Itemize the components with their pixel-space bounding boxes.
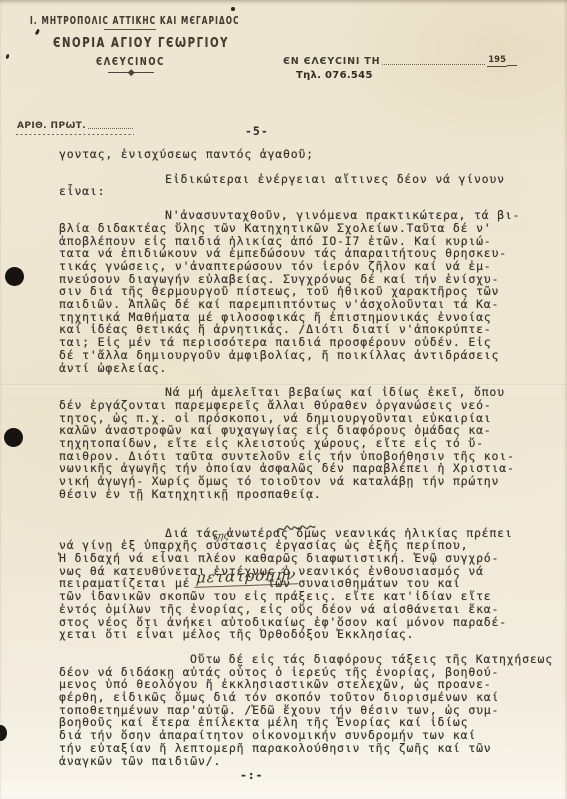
scanned-document-page: Ι. ΜΗΤΡΟΠΟΛΙC ΑΤΤΙΚΗC ΚΑΙ ΜЄΓΑΡΙΔΟC ЄΝΟΡ…: [0, 0, 567, 799]
letterhead-metropolis-title: Ι. ΜΗΤΡΟΠΟΛΙC ΑΤΤΙΚΗC ΚΑΙ ΜЄΓΑΡΙΔΟC: [30, 15, 240, 27]
protocol-number-line: ΑΡΙΘ. ΠΡѠΤ.: [17, 120, 135, 131]
letterhead-city: ЄΛЄΥCΙΝΟC: [96, 56, 165, 68]
document-body: γοντας, ἐνισχύσεως παντός ἀγαθοῦ; Εἰδικώ…: [59, 148, 539, 782]
letterhead-underline: [104, 29, 156, 30]
ink-speck: [5, 54, 10, 60]
letterhead-ornament-icon: [108, 70, 154, 75]
paragraph-older-youth: Διά τάς ἀνωτέρας ὅμως νεανικάς ἡλικίας π…: [59, 527, 539, 641]
year-prefix: 195: [487, 55, 507, 67]
scan-edge-mark: [0, 725, 7, 741]
handwritten-word: μετατροπήν: [194, 565, 300, 588]
ink-speck: [231, 7, 235, 11]
letterhead-parish-title: ЄΝΟΡΙΑ ΑΓΙΟΥ ΓЄѠΡΓΙΟΥ: [53, 36, 229, 51]
date-line: ЄΝ ЄΛЄΥCΙΝΙ ΤΗ 195: [283, 55, 517, 67]
paragraph-catechism-books: Ν'ἀνασυνταχθοῦν, γινόμενα πρακτικώτερα, …: [59, 209, 539, 374]
hole-punch-dot: [5, 267, 24, 286]
handwritten-insertion: της: [212, 530, 230, 542]
date-label: ЄΝ ЄΛЄΥCΙΝΙ ΤΗ: [283, 56, 380, 67]
protocol-underline: [16, 134, 134, 135]
handwritten-scribble: [276, 521, 316, 537]
paragraph-youth-groups: Νά μή ἀμελεῖται βεβαίως καί ἰδίως ἐκεῖ, …: [59, 386, 539, 500]
year-blank-line: [507, 57, 517, 66]
paragraph-intro: Εἰδικώτεραι ἐνέργειαι αἵτινες δέον νά γί…: [59, 173, 539, 198]
dotted-leader: [88, 120, 133, 129]
page-number: -5-: [245, 124, 269, 138]
end-mark: -:-: [59, 769, 539, 782]
paragraph-continuation: γοντας, ἐνισχύσεως παντός ἀγαθοῦ;: [59, 148, 539, 161]
phone-number: Τηλ. 076.545: [296, 70, 373, 81]
dotted-leader: [382, 56, 485, 65]
hole-punch-dot: [4, 428, 23, 447]
paragraph-teachers: Οὕτω δέ εἰς τάς διαφόρους τάξεις τῆς Κατ…: [59, 653, 539, 767]
ink-speck: [35, 29, 40, 36]
protocol-label: ΑΡΙΘ. ΠΡѠΤ.: [17, 121, 86, 131]
